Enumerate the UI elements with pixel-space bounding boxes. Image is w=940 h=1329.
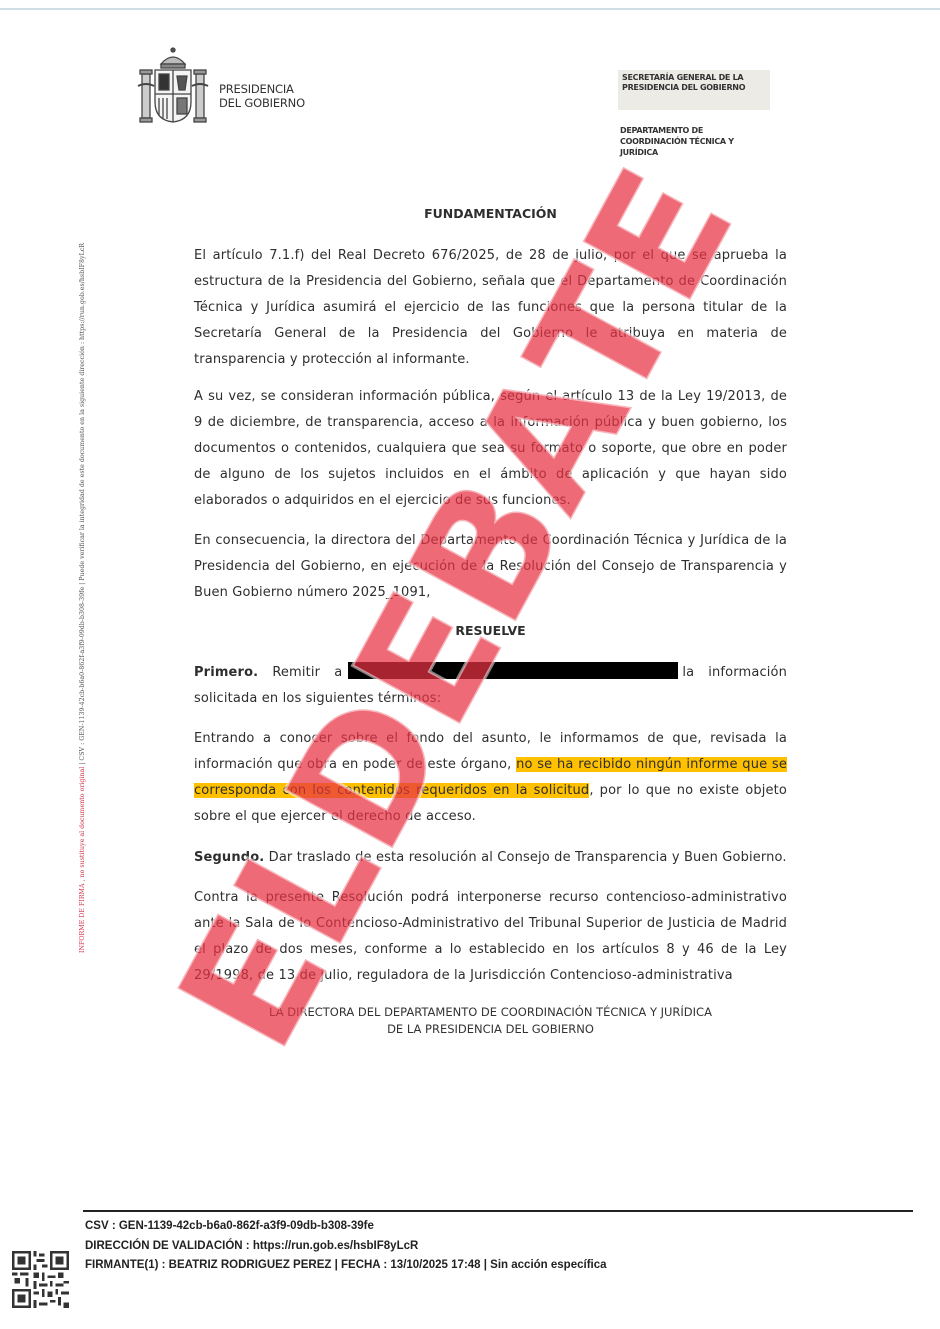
- footer-validation-url[interactable]: DIRECCIÓN DE VALIDACIÓN : https://run.go…: [85, 1237, 607, 1257]
- paragraph-3: En consecuencia, la directora del Depart…: [194, 528, 787, 606]
- paragraph-4: Entrando a conocer sobre el fondo del as…: [194, 726, 787, 830]
- department-line1: DEPARTAMENTO DE: [620, 125, 734, 136]
- segundo-text: Segundo. Dar traslado de esta resolución…: [194, 845, 787, 871]
- department-label: DEPARTAMENTO DE COORDINACIÓN TÉCNICA Y J…: [620, 125, 734, 158]
- signature-line2: DE LA PRESIDENCIA DEL GOBIERNO: [194, 1021, 787, 1038]
- footer-signer: FIRMANTE(1) : BEATRIZ RODRIGUEZ PEREZ | …: [85, 1256, 607, 1276]
- primero-paragraph: Primero. Remitir ala información solicit…: [194, 660, 787, 712]
- org-name: PRESIDENCIA DEL GOBIERNO: [219, 82, 305, 110]
- footer-signature-info: CSV : GEN-1139-42cb-b6a0-862f-a3f9-09db-…: [85, 1217, 607, 1276]
- section-title-resuelve: RESUELVE: [194, 623, 787, 638]
- segundo-label: Segundo.: [194, 850, 264, 865]
- org-name-line2: DEL GOBIERNO: [219, 96, 305, 110]
- segundo-body: Dar traslado de esta resolución al Conse…: [264, 850, 786, 865]
- signature-block: LA DIRECTORA DEL DEPARTAMENTO DE COORDIN…: [194, 1004, 787, 1038]
- side-disclaimer: INFORME DE FIRMA , no sustituye al docum…: [79, 767, 86, 953]
- side-csv-info: | CSV : GEN-1139-42cb-b6a0-862f-a3f9-09d…: [79, 243, 86, 767]
- department-line2: COORDINACIÓN TÉCNICA Y: [620, 136, 734, 147]
- side-verification-text: INFORME DE FIRMA , no sustituye al docum…: [79, 243, 86, 953]
- segundo-paragraph: Segundo. Dar traslado de esta resolución…: [194, 845, 787, 871]
- signature-line1: LA DIRECTORA DEL DEPARTAMENTO DE COORDIN…: [194, 1004, 787, 1021]
- section-title-fundamentacion: FUNDAMENTACIÓN: [194, 206, 787, 221]
- redacted-recipient: [348, 662, 678, 679]
- org-name-line1: PRESIDENCIA: [219, 82, 305, 96]
- department-line3: JURÍDICA: [620, 147, 734, 158]
- page-top-border: [0, 8, 940, 10]
- qr-code-icon: [12, 1251, 69, 1308]
- paragraph-4-text: Entrando a conocer sobre el fondo del as…: [194, 726, 787, 830]
- paragraph-3-text: En consecuencia, la directora del Depart…: [194, 528, 787, 606]
- primero-label: Primero.: [194, 665, 258, 680]
- paragraph-1-text: El artículo 7.1.f) del Real Decreto 676/…: [194, 243, 787, 373]
- primero-before: Remitir a: [272, 665, 342, 680]
- paragraph-2-text: A su vez, se consideran información públ…: [194, 384, 787, 514]
- paragraph-5-text: Contra la presente Resolución podrá inte…: [194, 885, 787, 989]
- secretaria-line1: SECRETARÍA GENERAL DE LA: [622, 73, 745, 83]
- coat-of-arms-icon: [137, 46, 209, 126]
- paragraph-1: El artículo 7.1.f) del Real Decreto 676/…: [194, 243, 787, 373]
- primero-text: Primero. Remitir ala información solicit…: [194, 660, 787, 712]
- footer-csv: CSV : GEN-1139-42cb-b6a0-862f-a3f9-09db-…: [85, 1217, 607, 1237]
- paragraph-5: Contra la presente Resolución podrá inte…: [194, 885, 787, 989]
- paragraph-2: A su vez, se consideran información públ…: [194, 384, 787, 514]
- secretaria-label-box: SECRETARÍA GENERAL DE LA PRESIDENCIA DEL…: [618, 70, 770, 110]
- footer-divider: [83, 1210, 913, 1212]
- secretaria-line2: PRESIDENCIA DEL GOBIERNO: [622, 83, 745, 93]
- secretaria-label: SECRETARÍA GENERAL DE LA PRESIDENCIA DEL…: [622, 73, 745, 93]
